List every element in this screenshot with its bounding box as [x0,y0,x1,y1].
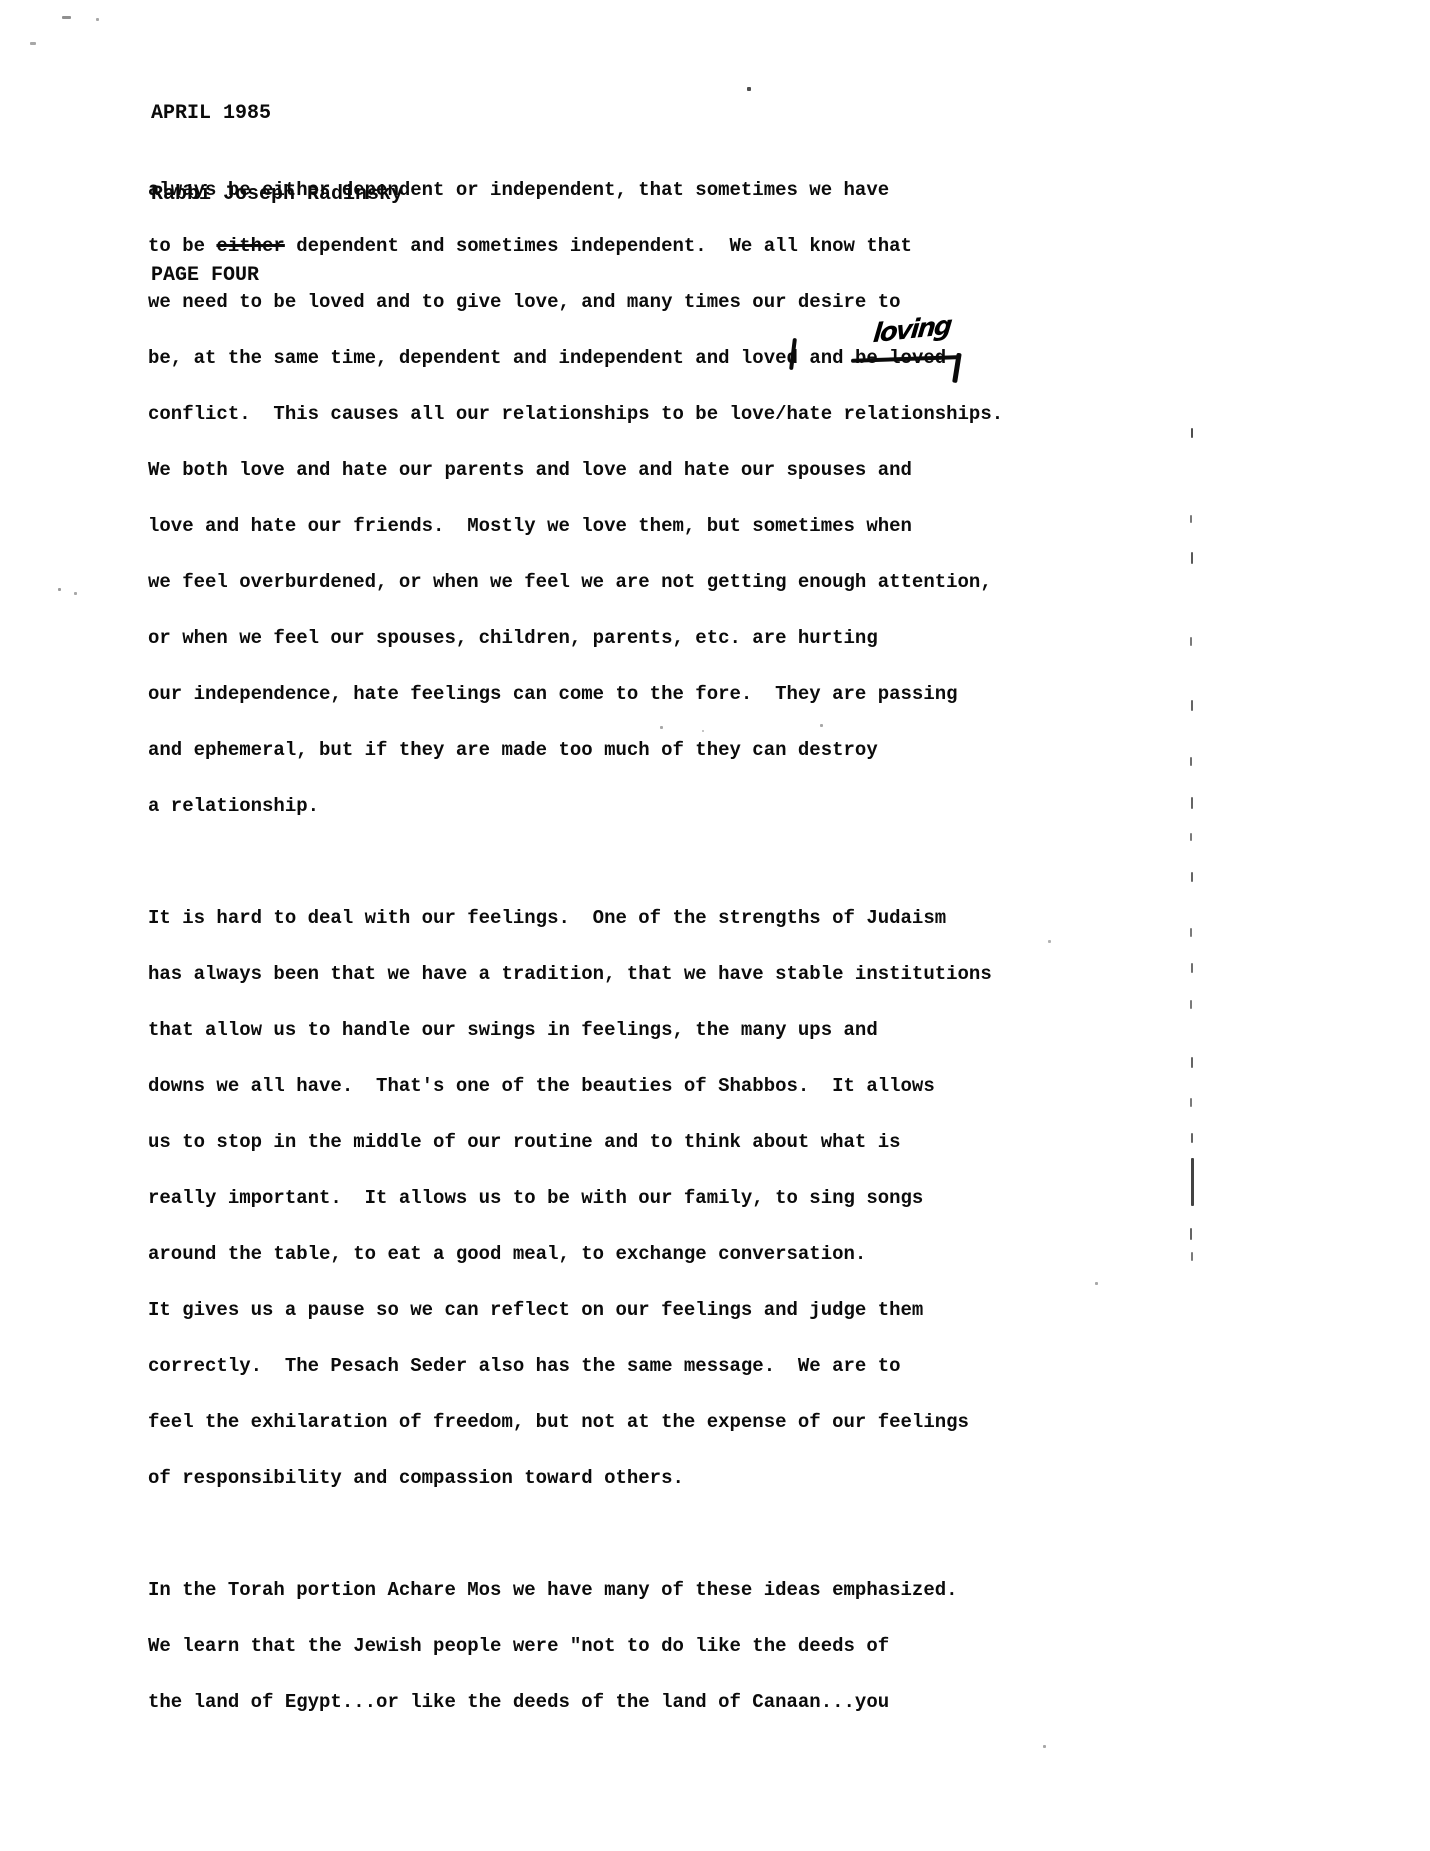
typed-text: downs we all have. That's one of the bea… [148,1075,935,1097]
typed-text: to be [148,235,216,257]
text-line: conflict. This causes all our relationsh… [148,386,1003,442]
handwritten-annotation: loving [872,313,952,348]
scan-artifact [58,588,61,591]
text-line: We learn that the Jewish people were "no… [148,1618,1003,1674]
typed-text: or when we feel our spouses, children, p… [148,627,878,649]
text-line: really important. It allows us to be wit… [148,1170,1003,1226]
typed-text: that allow us to handle our swings in fe… [148,1019,878,1041]
typed-text: really important. It allows us to be wit… [148,1187,923,1209]
text-line: we feel overburdened, or when we feel we… [148,554,1003,610]
text-line: and ephemeral, but if they are made too … [148,722,1003,778]
text-line: or when we feel our spouses, children, p… [148,610,1003,666]
scan-artifact [96,18,99,21]
scan-artifact [30,42,36,45]
scan-artifact [1190,637,1192,646]
typed-text: feel the exhilaration of freedom, but no… [148,1411,969,1433]
document-page: APRIL 1985 Rabbi Joseph Radinsky PAGE FO… [0,0,1430,1851]
scan-artifact [702,730,704,732]
text-line: a relationship. [148,778,1003,834]
typed-text: We both love and hate our parents and lo… [148,459,912,481]
typed-text: It gives us a pause so we can reflect on… [148,1299,923,1321]
text-line: that allow us to handle our swings in fe… [148,1002,1003,1058]
text-line: correctly. The Pesach Seder also has the… [148,1338,1003,1394]
typed-text: we feel overburdened, or when we feel we… [148,571,992,593]
text-line: We both love and hate our parents and lo… [148,442,1003,498]
text-line: be, at the same time, dependent and inde… [148,330,1003,386]
scan-artifact [1190,1000,1192,1009]
paragraph: It is hard to deal with our feelings. On… [148,890,1003,1506]
typed-text: correctly. The Pesach Seder also has the… [148,1355,901,1377]
typed-text: and ephemeral, but if they are made too … [148,739,878,761]
text-line: of responsibility and compassion toward … [148,1450,1003,1506]
typed-text: We learn that the Jewish people were "no… [148,1635,889,1657]
typed-text: conflict. This causes all our relationsh… [148,403,1003,425]
text-line: our independence, hate feelings can come… [148,666,1003,722]
scan-artifact [1191,1252,1193,1261]
scan-artifact [1191,1158,1194,1206]
scan-artifact [1190,1228,1192,1240]
typed-text: and [798,347,855,369]
typed-text: us to stop in the middle of our routine … [148,1131,901,1153]
scan-artifact [1191,552,1193,564]
scan-artifact [1191,797,1193,809]
scan-artifact [747,87,751,91]
scan-artifact [1191,1133,1193,1143]
text-line: feel the exhilaration of freedom, but no… [148,1394,1003,1450]
scan-artifact [660,726,663,729]
scan-artifact [1190,757,1192,766]
scan-artifact [1191,700,1193,711]
scan-artifact [62,16,71,19]
text-line: It is hard to deal with our feelings. On… [148,890,1003,946]
edited-text-strike: either [216,235,284,257]
scan-artifact [1190,928,1192,937]
typed-text: dependent and sometimes independent. We … [285,235,912,257]
typed-text: around the table, to eat a good meal, to… [148,1243,866,1265]
text-line: to be either dependent and sometimes ind… [148,218,1003,274]
text-line: has always been that we have a tradition… [148,946,1003,1002]
text-line: always be either dependent or independen… [148,162,1003,218]
scan-artifact [1191,963,1193,973]
text-line: the land of Egypt...or like the deeds of… [148,1674,1003,1730]
typed-text: In the Torah portion Achare Mos we have … [148,1579,958,1601]
scan-artifact [1095,1282,1098,1285]
typed-text: our independence, hate feelings can come… [148,683,958,705]
scan-artifact [1190,833,1192,841]
typed-text: always be either dependent or independen… [148,179,889,201]
typed-text: love and hate our friends. Mostly we lov… [148,515,912,537]
document-body: always be either dependent or independen… [148,162,1003,1786]
scan-artifact [1190,515,1192,523]
edited-text-hw-strike: be lovedloving [855,330,946,386]
paragraph: In the Torah portion Achare Mos we have … [148,1562,1003,1730]
scan-artifact [1191,1057,1193,1068]
scan-artifact [1190,1098,1192,1107]
typed-text: of responsibility and compassion toward … [148,1467,684,1489]
typed-text: the land of Egypt...or like the deeds of… [148,1691,889,1713]
text-line: love and hate our friends. Mostly we lov… [148,498,1003,554]
header-date: APRIL 1985 [151,100,403,127]
scan-artifact [1048,940,1051,943]
scan-artifact [1191,428,1193,438]
scan-artifact [1191,872,1193,882]
typed-text: we need to be loved and to give love, an… [148,291,901,313]
scan-artifact [1043,1745,1046,1748]
paragraph: always be either dependent or independen… [148,162,1003,834]
text-line: around the table, to eat a good meal, to… [148,1226,1003,1282]
edited-text-slashed: d [787,330,798,386]
scan-artifact [820,724,823,727]
text-line: downs we all have. That's one of the bea… [148,1058,1003,1114]
text-line: In the Torah portion Achare Mos we have … [148,1562,1003,1618]
typed-text: It is hard to deal with our feelings. On… [148,907,946,929]
typed-text: a relationship. [148,795,319,817]
text-line: It gives us a pause so we can reflect on… [148,1282,1003,1338]
typed-text: be, at the same time, dependent and inde… [148,347,787,369]
scan-artifact [74,592,77,595]
typed-text: has always been that we have a tradition… [148,963,992,985]
text-line: us to stop in the middle of our routine … [148,1114,1003,1170]
